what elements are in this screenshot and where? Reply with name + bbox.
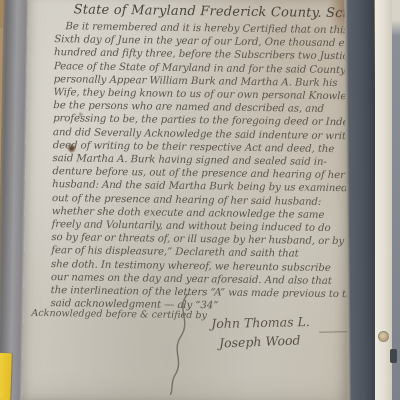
document-page: State of Maryland Frederick County. Sct:… — [22, 0, 354, 400]
signature-justice-2: Joseph Wood — [219, 332, 301, 350]
document-body: Be it remembered and it is hereby Certif… — [50, 20, 350, 315]
grommet-mark — [378, 331, 389, 342]
clip-mark — [390, 349, 397, 363]
yellow-sticker — [0, 353, 12, 400]
folder-spine — [344, 0, 378, 400]
brace-flourish — [160, 292, 202, 400]
signature-justice-1: John Thomas L. — [211, 314, 310, 331]
binder-edge — [392, 0, 400, 400]
photo: State of Maryland Frederick County. Sct:… — [0, 0, 400, 400]
document-title: State of Maryland Frederick County. Sct: — [74, 2, 354, 21]
